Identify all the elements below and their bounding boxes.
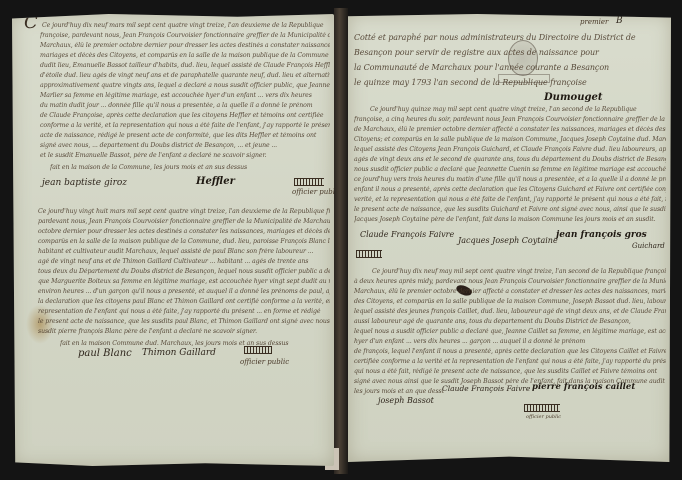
signature-courvoisier	[294, 178, 324, 186]
text-line: de Marchaux, élû le premier octobre dern…	[354, 126, 666, 134]
text-line: comparûs en la salle de la maison publiq…	[38, 238, 330, 246]
text-line: Jacques Joseph Coytaine père de l'enfant…	[354, 216, 666, 224]
signature-paul-blanc: paul Blanc	[78, 348, 132, 359]
signature-coytaine: Jacques Joseph Coytaine	[458, 236, 558, 245]
text-line: du matin dudit jour ... donnée fille qu'…	[40, 102, 330, 110]
text-line: Marchaux, élû le premier octobre dernier…	[40, 42, 330, 50]
header-line: la Communauté de Marchaux pour l'année c…	[354, 62, 666, 73]
text-line: tous deux du Département du Doubs distri…	[38, 268, 330, 276]
signature-gaillard: Thimon Gaillard	[142, 348, 216, 358]
header-line: Besançon pour servir de registre aux act…	[354, 47, 666, 58]
signature-gros: jean françois gros	[556, 230, 647, 240]
text-line: d'étoile dud. lieu agés de vingt neuf an…	[40, 72, 330, 80]
signature-giroz: jean baptiste giroz	[42, 178, 127, 188]
signature-title: officier public	[240, 358, 289, 366]
text-line: Ce jourd'huy dix neuf may mil sept cent …	[372, 268, 666, 276]
signature-courvoisier	[244, 346, 272, 354]
text-line: representation de l'enfant qui nous a ét…	[38, 308, 330, 316]
text-line: Ce jourd'huy dix neuf mars mil sept cent…	[42, 22, 330, 30]
text-line: la declaration que les citoyens paul Bla…	[38, 298, 330, 306]
book-binding	[334, 8, 348, 474]
text-line: à deux heures après midy, pardevant nous…	[354, 278, 666, 286]
signature-heffler: Heffler	[196, 176, 235, 187]
text-line: Marchaux, élû le premier octobre dernier…	[354, 288, 666, 296]
text-line: agé de vingt neuf ans et de Thimon Gaill…	[38, 258, 330, 266]
signature-courvoisier	[356, 250, 382, 258]
header-line: Cotté et paraphé par nous administrateur…	[354, 32, 666, 43]
text-line: susdit pierre françois Blanc père de l'e…	[38, 328, 298, 336]
text-line: de Claude Françoise, après cette declara…	[40, 112, 330, 120]
text-line: qui nous a été fait, rédigé le present a…	[354, 368, 666, 376]
text-line: françoise, a cinq heures du soir, pardev…	[354, 116, 666, 124]
signature-guichard: Guichard	[632, 242, 665, 250]
text-line: verité, et la representation qui nous a …	[354, 196, 666, 204]
text-line: approximativement quatre vingts ans, leq…	[40, 82, 330, 90]
closing-line: fait en la maison de la Commune, les jou…	[50, 164, 310, 172]
text-line: Ce jourd'huy vingt huit mars mil sept ce…	[38, 208, 330, 216]
text-line: de françois, lequel l'enfant il nous a p…	[354, 348, 666, 356]
header-initial: B	[616, 16, 623, 26]
header-note: premier	[580, 18, 608, 26]
text-line: que Marguerite Boiteux sa femme en légit…	[38, 278, 330, 286]
text-line: environ heures ... d'un garçon qu'il nou…	[38, 288, 330, 296]
text-line: pardevant nous, Jean François Courvoisie…	[38, 218, 330, 226]
signature-title: officier public	[292, 188, 334, 196]
text-line: signé avec nous, ... departement du Doub…	[40, 142, 330, 150]
text-line: aussi laboureur agé de quarante ans, tou…	[354, 318, 666, 326]
text-line: françoise, pardevant nous, Jean François…	[40, 32, 330, 40]
text-line: le present acte de naissance, que les su…	[354, 206, 666, 214]
text-line: certifiée conforme a la verité et la rep…	[354, 358, 666, 366]
right-page: premier B Cotté et paraphé par nous admi…	[348, 14, 671, 462]
text-line: des Citoyens, et comparûs en la salle pu…	[354, 298, 666, 306]
signature-courvoisier	[524, 404, 560, 412]
signature-caillet: pierre françois caillet	[532, 382, 635, 392]
text-line: mariages et décès des Citoyens, et compa…	[40, 52, 330, 60]
text-line: lequel nous a susdit officier public a d…	[354, 328, 666, 336]
left-page: C Ce jourd'huy dix neuf mars mil sept ce…	[12, 14, 334, 466]
header-line: le quinze may 1793 l'an second de la Rep…	[354, 77, 666, 88]
text-line: et le susdit Emanuelle Bassot, père de l…	[40, 152, 330, 160]
text-line: les jours mois et an que dessus	[354, 388, 444, 396]
text-line: acte de naissance, rédigé le present act…	[40, 132, 330, 140]
text-line: lequel assisté des jeunes françois Caill…	[354, 308, 666, 316]
signature-faivre: Claude François Faivre	[442, 384, 530, 393]
text-line: ce jourd'huy vers trois heures du matin …	[354, 176, 666, 184]
text-line: nous susdit officier public a declaré qu…	[354, 166, 666, 174]
signature-title: officier public	[526, 414, 561, 420]
signature-dumouget: Dumouget	[544, 92, 602, 103]
signature-faivre: Claude François Faivre	[360, 230, 454, 239]
text-line: le present acte de naissance, que les su…	[38, 318, 330, 326]
text-line: hyer d'un enfant ... vers dix heures ...…	[354, 338, 666, 346]
text-line: Ce jourd'huy quinze may mil sept cent qu…	[370, 106, 666, 114]
text-line: conforme a la verité, et la representati…	[40, 122, 330, 130]
text-line: dudit lieu, Emanuelle Bassot tailleur d'…	[40, 62, 330, 70]
text-line: octobre dernier pour dresser les actes d…	[38, 228, 330, 236]
text-line: enfant il nous a presenté, après cette d…	[354, 186, 666, 194]
text-line: habitant et cultivateur audit Marchaux, …	[38, 248, 330, 256]
text-line: lequel assisté des Citoyens Jean Françoi…	[354, 146, 666, 154]
text-line: agés de vingt deux ans et le second de q…	[354, 156, 666, 164]
text-line: Citoyens; et comparûs en la salle publiq…	[354, 136, 666, 144]
text-line: Marlier sa femme en légitime mariage, es…	[40, 92, 330, 100]
signature-bassot: joseph Bassot	[378, 396, 434, 405]
decorative-initial: C	[24, 14, 38, 33]
